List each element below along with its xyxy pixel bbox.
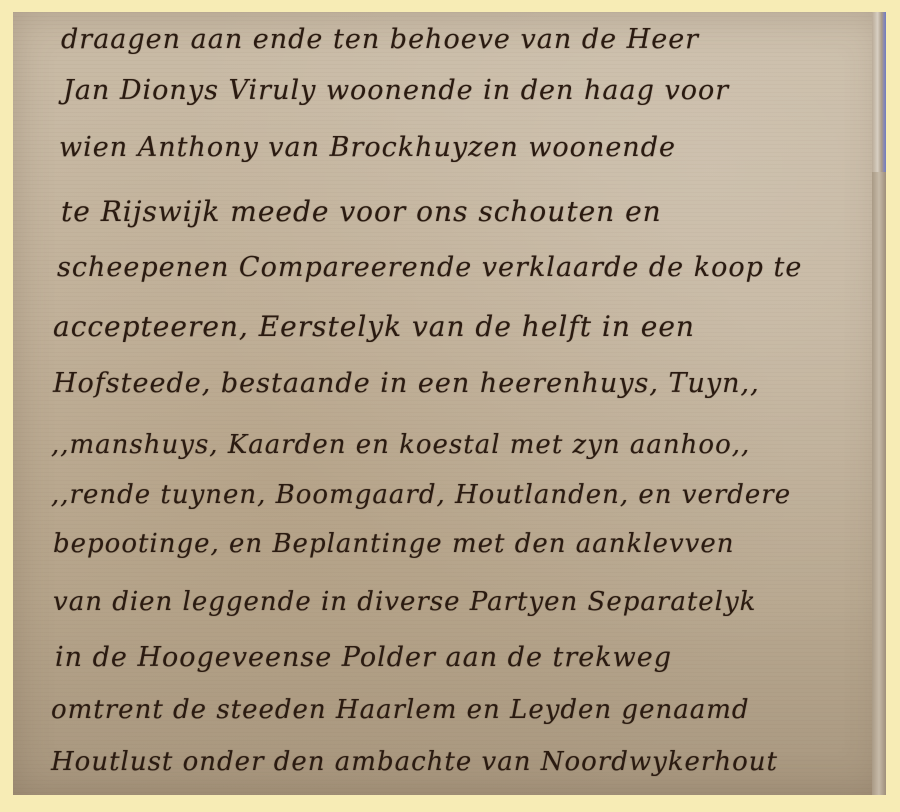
manuscript-line: van dien leggende in diverse Partyen Sep…: [53, 587, 756, 617]
manuscript-line: wien Anthony van Brockhuyzen woonende: [59, 132, 676, 163]
manuscript-line: bepootinge, en Beplantinge met den aankl…: [53, 529, 734, 559]
manuscript-line: ,,manshuys, Kaarden en koestal met zyn a…: [51, 430, 750, 460]
manuscript-line: ,,rende tuynen, Boomgaard, Houtlanden, e…: [51, 480, 791, 510]
manuscript-page: draagen aan ende ten behoeve van de Heer…: [13, 12, 886, 795]
manuscript-line: accepteeren, Eerstelyk van de helft in e…: [53, 310, 695, 343]
manuscript-line: omtrent de steeden Haarlem en Leyden gen…: [51, 695, 750, 725]
yellow-frame: draagen aan ende ten behoeve van de Heer…: [0, 0, 900, 812]
handwritten-text-block: draagen aan ende ten behoeve van de Heer…: [13, 12, 886, 795]
manuscript-line: Jan Dionys Viruly woonende in den haag v…: [63, 75, 729, 106]
manuscript-line: Houtlust onder den ambachte van Noordwyk…: [51, 747, 778, 777]
manuscript-line: in de Hoogeveense Polder aan de trekweg: [55, 642, 672, 673]
manuscript-line: scheepenen Compareerende verklaarde de k…: [57, 252, 802, 283]
manuscript-line: Hofsteede, bestaande in een heerenhuys, …: [53, 368, 760, 399]
manuscript-line: draagen aan ende ten behoeve van de Heer: [61, 24, 699, 55]
manuscript-line: te Rijswijk meede voor ons schouten en: [61, 195, 662, 228]
